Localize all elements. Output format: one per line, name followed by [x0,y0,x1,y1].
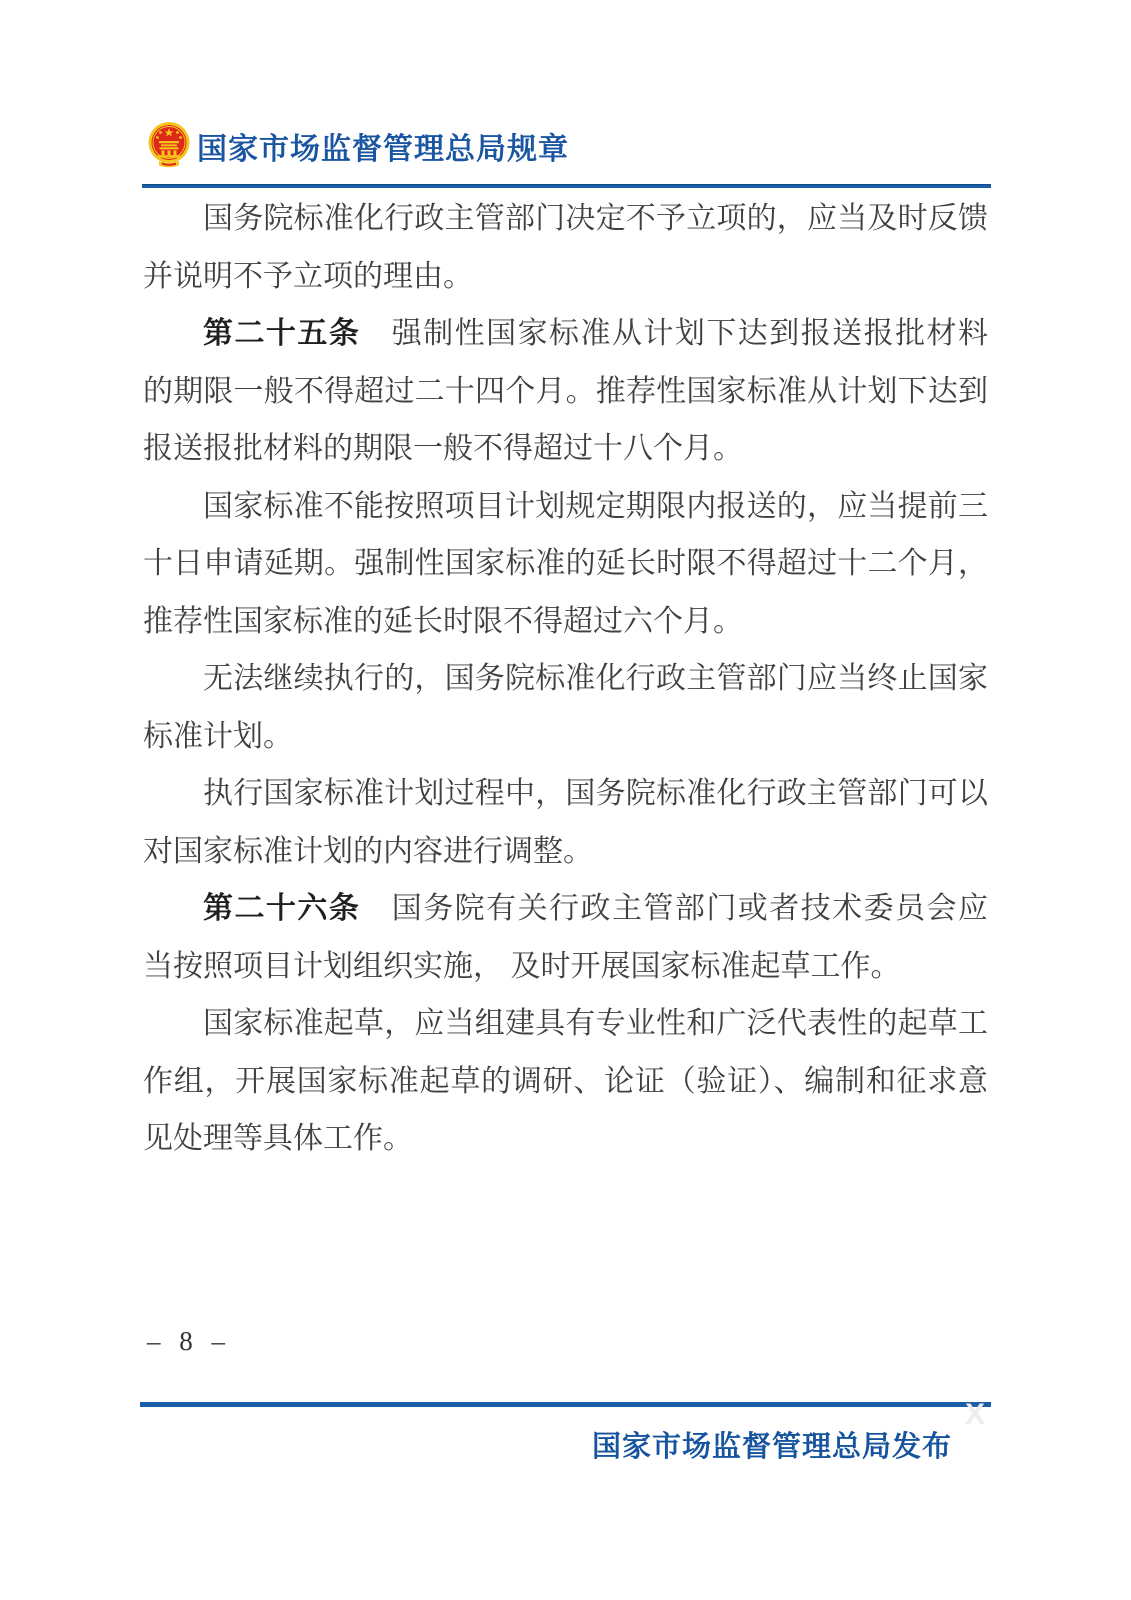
body-line: 的期限一般不得超过二十四个月。推荐性国家标准从计划下达到 [143,363,988,421]
document-header-title: 国家市场监督管理总局规章 [197,124,569,168]
watermark-x: X [965,1398,985,1432]
body-line: 执行国家标准计划过程中，国务院标准化行政主管部门可以 [143,765,988,823]
body-line: 见处理等具体工作。 [143,1110,988,1168]
body-line: 当按照项目计划组织实施， 及时开展国家标准起草工作。 [143,938,988,996]
body-line: 十日申请延期。强制性国家标准的延长时限不得超过十二个月， [143,535,988,593]
body-line: 推荐性国家标准的延长时限不得超过六个月。 [143,593,988,651]
publisher-label: 国家市场监督管理总局发布 [143,1424,952,1465]
body-line: 第二十六条 国务院有关行政主管部门或者技术委员会应 [143,880,988,938]
footer-divider-line [140,1402,991,1407]
national-emblem-icon [147,121,191,169]
page-number: – 8 – [147,1326,231,1357]
body-line: 报送报批材料的期限一般不得超过十八个月。 [143,420,988,478]
article-number: 第二十五条 [203,317,360,350]
body-line: 国务院标准化行政主管部门决定不予立项的，应当及时反馈 [143,190,988,248]
document-body: 国务院标准化行政主管部门决定不予立项的，应当及时反馈并说明不予立项的理由。第二十… [143,190,988,1168]
body-line: 国家标准不能按照项目计划规定期限内报送的，应当提前三 [143,478,988,536]
body-line: 作组，开展国家标准起草的调研、论证（验证）、编制和征求意 [143,1053,988,1111]
body-line: 无法继续执行的，国务院标准化行政主管部门应当终止国家 [143,650,988,708]
body-line: 第二十五条 强制性国家标准从计划下达到报送报批材料 [143,305,988,363]
body-line: 标准计划。 [143,708,988,766]
body-line: 国家标准起草，应当组建具有专业性和广泛代表性的起草工 [143,995,988,1053]
article-number: 第二十六条 [203,892,360,925]
document-page: 国家市场监督管理总局规章 国务院标准化行政主管部门决定不予立项的，应当及时反馈并… [0,0,1131,1600]
header-divider-line [142,184,991,188]
body-line: 对国家标准计划的内容进行调整。 [143,823,988,881]
body-line: 并说明不予立项的理由。 [143,248,988,306]
